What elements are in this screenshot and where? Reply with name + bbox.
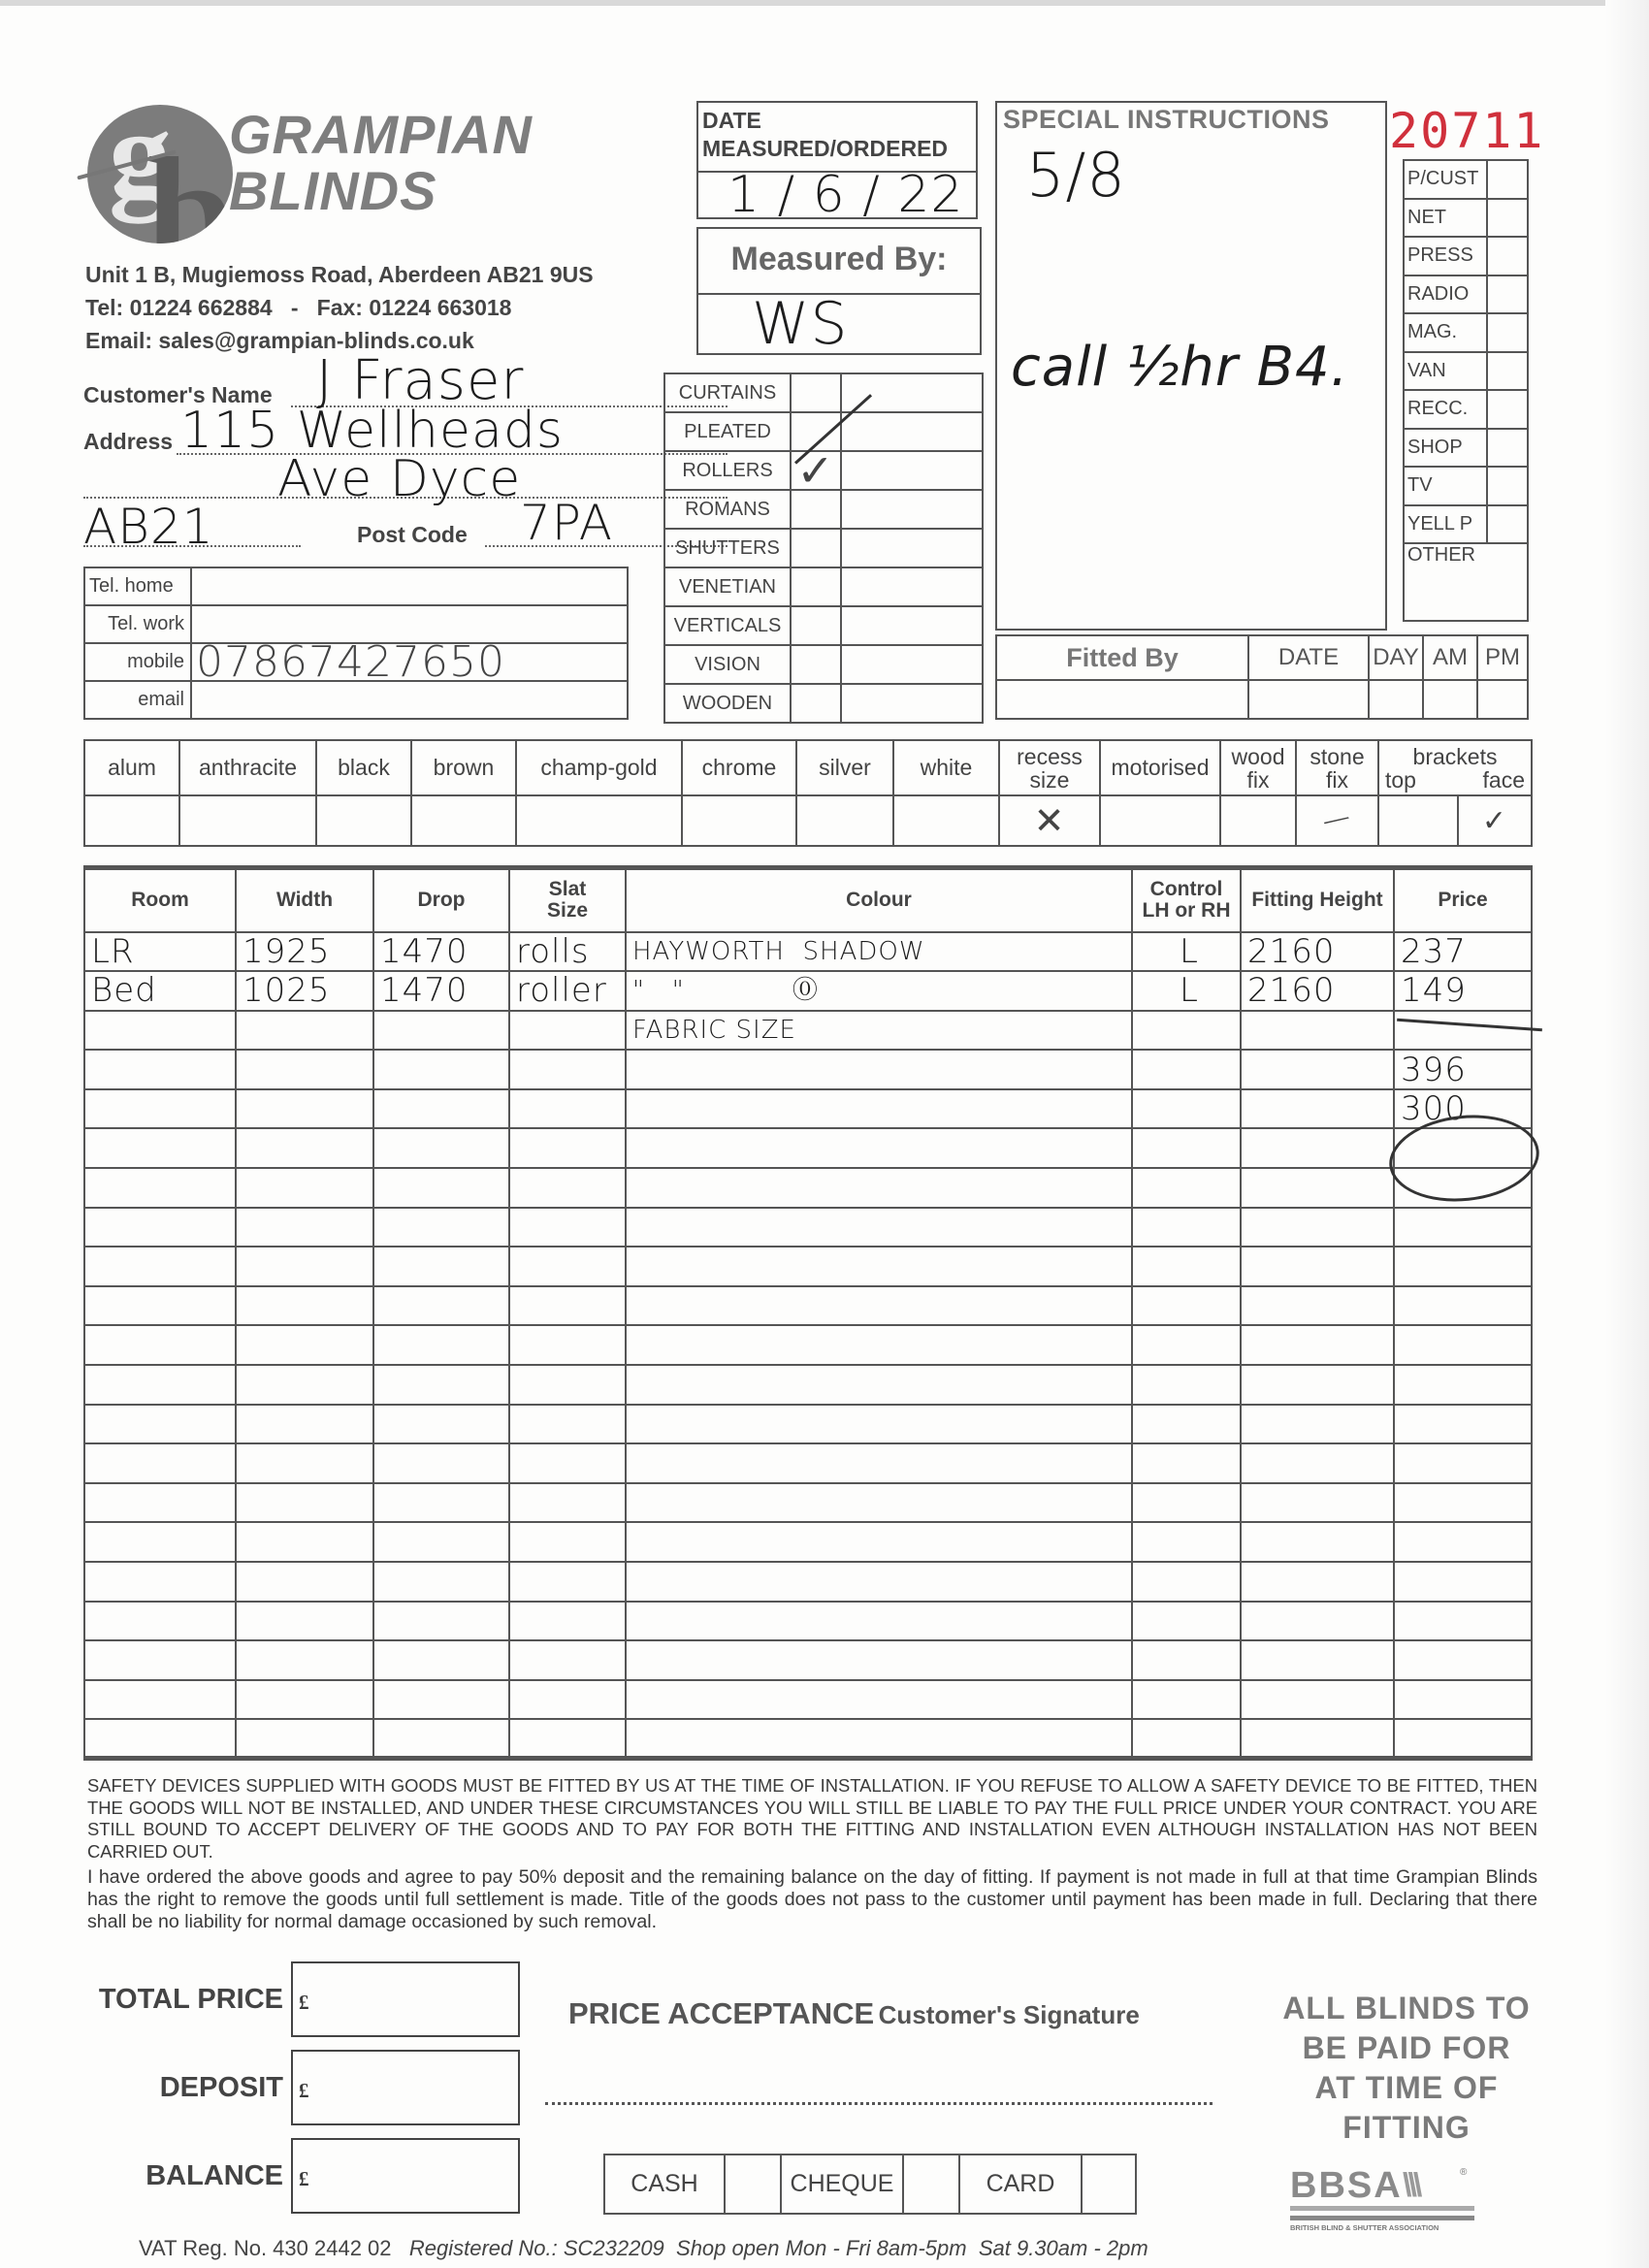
price-cell[interactable]: 396 [1394,1050,1532,1089]
blind-type-checkbox[interactable] [791,373,841,412]
control-cell[interactable] [1132,1050,1241,1089]
drop-cell[interactable] [373,1050,509,1089]
colour-cell[interactable] [626,1168,1132,1208]
tel-home-field[interactable] [191,567,628,605]
blind-type-checkbox[interactable] [791,567,841,606]
room-cell[interactable]: Bed [84,971,236,1011]
control-label: Control [1133,879,1240,900]
colour-cell[interactable] [626,1286,1132,1326]
postcode-label: Post Code [357,522,468,548]
contact-row: email [84,681,628,719]
fitting-height-cell[interactable] [1241,1602,1394,1641]
fitting-height-cell[interactable]: 2160 [1241,971,1394,1011]
customer-address-label: Address [83,429,173,455]
col-width: Width [236,868,373,932]
finish-brown-checkbox[interactable] [411,795,516,846]
blind-type-checkbox[interactable] [791,645,841,684]
control-cell[interactable]: L [1132,932,1241,972]
colour-cell[interactable] [626,1680,1132,1720]
blind-type-row: VENETIAN [664,567,983,606]
fitted-pm-label: PM [1477,635,1528,680]
control-cell[interactable] [1132,1168,1241,1208]
bracket-top-checkbox[interactable] [1378,795,1458,846]
blind-type-wooden: WOODEN [664,684,791,723]
colour-cell[interactable] [626,1443,1132,1483]
room-cell[interactable] [84,1483,236,1523]
room-cell[interactable] [84,1286,236,1326]
control-cell[interactable] [1132,1719,1241,1759]
width-cell[interactable]: 1925 [236,932,373,972]
control-cell[interactable] [1132,1365,1241,1405]
table-row [84,1325,1532,1365]
room-cell[interactable] [84,1011,236,1051]
price-cell[interactable] [1394,1365,1532,1405]
colour-cell[interactable] [626,1128,1132,1168]
drop-cell[interactable] [373,1168,509,1208]
blind-type-checkbox[interactable] [791,529,841,567]
motorised-checkbox[interactable] [1100,795,1220,846]
colour-cell[interactable] [626,1719,1132,1759]
postcode-field[interactable]: 7PA [520,495,613,551]
fitted-date-field[interactable] [1248,680,1369,719]
finish-alum: alum [84,740,179,795]
table-row [84,1286,1532,1326]
room-cell[interactable] [84,1680,236,1720]
drop-cell[interactable] [373,1286,509,1326]
price-cell[interactable] [1394,1011,1532,1051]
control-cell[interactable] [1132,1640,1241,1680]
fitted-am-label: AM [1423,635,1477,680]
fitting-height-cell[interactable] [1241,1168,1394,1208]
control-cell[interactable] [1132,1443,1241,1483]
address-field-2[interactable]: Ave Dyce [277,450,521,508]
width-cell[interactable] [236,1168,373,1208]
room-cell[interactable] [84,1128,236,1168]
price-cell[interactable] [1394,1247,1532,1286]
drop-cell[interactable] [373,1128,509,1168]
wood-fix-header: woodfix [1220,740,1296,795]
fitting-height-cell[interactable] [1241,1405,1394,1444]
price-cell[interactable] [1394,1286,1532,1326]
fitted-day-field[interactable] [1369,680,1423,719]
size-label: size [1000,768,1099,792]
room-cell[interactable] [84,1719,236,1759]
blind-type-notes[interactable] [841,490,983,529]
blind-type-checkbox-checked[interactable]: ✓ [791,451,841,490]
source-checkbox[interactable] [1487,275,1528,314]
price-cell[interactable] [1394,1640,1532,1680]
brackets-sublabels: topface [1379,768,1531,792]
table-row [84,1522,1532,1562]
colour-cell[interactable] [626,1208,1132,1247]
blind-type-notes[interactable] [841,373,983,412]
source-checkbox[interactable] [1487,237,1528,275]
colour-cell[interactable]: FABRIC SIZE [626,1011,1132,1051]
drop-cell[interactable] [373,1680,509,1720]
room-cell[interactable] [84,1325,236,1365]
width-cell[interactable] [236,1050,373,1089]
blind-type-venetian: VENETIAN [664,567,791,606]
width-cell[interactable]: 1025 [236,971,373,1011]
deposit-row: DEPOSIT £ [80,2050,520,2125]
drop-cell[interactable] [373,1719,509,1759]
fitting-height-cell[interactable] [1241,1208,1394,1247]
blind-type-row: CURTAINS [664,373,983,412]
slat-size-cell[interactable]: rolls [509,932,626,972]
contact-row: mobile07867427650 [84,643,628,681]
colour-cell[interactable] [626,1640,1132,1680]
slat-size-cell[interactable] [509,1680,626,1720]
tel-home-label: Tel. home [84,567,191,605]
fitting-height-cell[interactable] [1241,1011,1394,1051]
source-checkbox[interactable] [1487,352,1528,391]
colour-cell[interactable] [626,1483,1132,1523]
lead-source-table: P/CUST NET PRESS RADIO MAG. VAN RECC. SH… [1403,159,1529,622]
drop-cell[interactable] [373,1562,509,1602]
source-checkbox[interactable] [1487,160,1528,199]
finish-white-checkbox[interactable] [893,795,999,846]
table-row [84,1680,1532,1720]
fitting-height-cell[interactable] [1241,1050,1394,1089]
finish-champ-gold-checkbox[interactable] [516,795,682,846]
source-other[interactable]: OTHER [1404,543,1528,621]
payment-notice: ALL BLINDS TO BE PAID FOR AT TIME OF FIT… [1251,1989,1562,2148]
slat-size-cell[interactable] [509,1325,626,1365]
slat-size-cell[interactable] [509,1128,626,1168]
wood-fix-checkbox[interactable] [1220,795,1296,846]
payment-cheque-checkbox[interactable] [903,2155,959,2214]
finish-anthracite: anthracite [179,740,316,795]
room-cell[interactable] [84,1050,236,1089]
slat-size-cell[interactable] [509,1522,626,1562]
price-cell[interactable]: 149 [1394,971,1532,1011]
payment-cheque-label: CHEQUE [781,2155,903,2214]
payment-card-checkbox[interactable] [1082,2155,1136,2214]
measured-by-label: Measured By: [698,229,980,295]
measured-by-field[interactable]: WS [698,295,980,353]
colour-cell[interactable] [626,1089,1132,1129]
blind-type-notes[interactable] [841,684,983,723]
brand-name: GRAMPIAN BLINDS [229,107,533,219]
fitting-height-cell[interactable] [1241,1522,1394,1562]
control-cell[interactable]: L [1132,971,1241,1011]
email-field[interactable] [191,681,628,719]
fitted-by-table: Fitted By DATE DAY AM PM [995,634,1529,720]
room-cell[interactable] [84,1405,236,1444]
fitting-height-cell[interactable] [1241,1247,1394,1286]
scan-edge [0,0,1649,6]
control-cell[interactable] [1132,1286,1241,1326]
price-cell[interactable] [1394,1325,1532,1365]
colour-cell[interactable] [626,1562,1132,1602]
registered-mark: ® [1460,2167,1467,2178]
price-cell[interactable] [1394,1405,1532,1444]
slat-size-cell[interactable] [509,1365,626,1405]
control-cell[interactable] [1132,1128,1241,1168]
colour-cell[interactable] [626,1247,1132,1286]
balance-label: BALANCE [80,2160,283,2192]
brackets-label: brackets [1379,745,1531,768]
room-cell[interactable] [84,1365,236,1405]
width-cell[interactable] [236,1011,373,1051]
special-instructions-line-2[interactable]: call ½hr B4. [1011,336,1348,399]
fitting-height-cell[interactable] [1241,1089,1394,1129]
blind-type-notes[interactable] [841,606,983,645]
fitting-height-cell[interactable] [1241,1128,1394,1168]
special-instructions-line-1[interactable]: 5/8 [1026,140,1126,211]
fitting-height-cell[interactable] [1241,1325,1394,1365]
control-cell[interactable] [1132,1562,1241,1602]
col-room: Room [84,868,236,932]
colour-cell[interactable]: " " ⓪ [626,971,1132,1011]
finish-chrome-checkbox[interactable] [682,795,796,846]
mobile-label: mobile [84,643,191,681]
control-cell[interactable] [1132,1208,1241,1247]
fitting-height-cell[interactable] [1241,1365,1394,1405]
colour-cell[interactable] [626,1602,1132,1641]
colour-cell[interactable]: HAYWORTH SHADOW [626,932,1132,972]
drop-cell[interactable]: 1470 [373,932,509,972]
blind-type-row: VISION [664,645,983,684]
colour-cell[interactable] [626,1405,1132,1444]
drop-cell[interactable] [373,1089,509,1129]
fitted-date-label: DATE [1248,635,1369,680]
drop-cell[interactable] [373,1602,509,1641]
drop-cell[interactable] [373,1483,509,1523]
fitting-height-cell[interactable] [1241,1640,1394,1680]
balance-field[interactable]: £ [291,2138,520,2214]
width-cell[interactable] [236,1522,373,1562]
room-cell[interactable] [84,1208,236,1247]
control-cell[interactable] [1132,1247,1241,1286]
date-measured-field[interactable]: 1 / 6 / 22 [698,173,976,217]
width-cell[interactable] [236,1680,373,1720]
price-cell[interactable] [1394,1208,1532,1247]
control-cell[interactable] [1132,1602,1241,1641]
control-cell[interactable] [1132,1325,1241,1365]
notice-line-4: FITTING [1251,2108,1562,2148]
finish-anthracite-checkbox[interactable] [179,795,316,846]
width-cell[interactable] [236,1640,373,1680]
room-cell[interactable]: LR [84,932,236,972]
slat-size-cell[interactable] [509,1089,626,1129]
control-cell[interactable] [1132,1011,1241,1051]
slat-size-cell[interactable]: roller [509,971,626,1011]
table-row: 300 [84,1089,1532,1129]
source-checkbox[interactable] [1487,429,1528,468]
room-cell[interactable] [84,1640,236,1680]
drop-cell[interactable] [373,1640,509,1680]
size-label: Size [510,900,625,922]
drop-cell[interactable] [373,1208,509,1247]
finish-brown: brown [411,740,516,795]
fitted-am-checkbox[interactable] [1423,680,1477,719]
customer-signature-field[interactable] [545,2095,1212,2105]
finish-alum-checkbox[interactable] [84,795,179,846]
recess-size-checkbox[interactable]: ✕ [999,795,1100,846]
finish-chrome: chrome [682,740,796,795]
slat-size-cell[interactable] [509,1050,626,1089]
control-cell[interactable] [1132,1522,1241,1562]
blind-type-notes[interactable] [841,645,983,684]
date-measured-header: DATE MEASURED/ORDERED [698,103,976,173]
price-cell[interactable] [1394,1562,1532,1602]
slat-size-cell[interactable] [509,1719,626,1759]
width-cell[interactable] [236,1443,373,1483]
room-cell[interactable] [84,1602,236,1641]
table-row: FABRIC SIZE [84,1011,1532,1051]
payment-cash-checkbox[interactable] [725,2155,781,2214]
drop-cell[interactable] [373,1522,509,1562]
drop-cell[interactable] [373,1247,509,1286]
payment-method-table: CASH CHEQUE CARD [603,2154,1137,2215]
drop-cell[interactable] [373,1325,509,1365]
control-cell[interactable] [1132,1483,1241,1523]
drop-cell[interactable]: 1470 [373,971,509,1011]
drop-cell[interactable] [373,1365,509,1405]
room-cell[interactable] [84,1247,236,1286]
company-phone: Tel: 01224 662884 - Fax: 01224 663018 [85,291,594,324]
wood-label: wood [1221,745,1295,768]
width-cell[interactable] [236,1483,373,1523]
price-cell[interactable] [1394,1522,1532,1562]
drop-cell[interactable] [373,1405,509,1444]
room-cell[interactable] [84,1522,236,1562]
width-cell[interactable] [236,1286,373,1326]
width-cell[interactable] [236,1208,373,1247]
finish-silver-checkbox[interactable] [796,795,893,846]
col-control: ControlLH or RH [1132,868,1241,932]
fitting-height-cell[interactable] [1241,1562,1394,1602]
fitting-height-cell[interactable] [1241,1680,1394,1720]
blind-type-row: ROLLERS✓ [664,451,983,490]
blind-type-checkbox[interactable] [791,606,841,645]
width-cell[interactable] [236,1128,373,1168]
deposit-field[interactable]: £ [291,2050,520,2125]
table-row [84,1168,1532,1208]
fitting-height-cell[interactable]: 2160 [1241,932,1394,972]
blind-type-verticals: VERTICALS [664,606,791,645]
room-cell[interactable] [84,1168,236,1208]
source-checkbox[interactable] [1487,313,1528,352]
slat-size-cell[interactable] [509,1247,626,1286]
slat-size-cell[interactable] [509,1640,626,1680]
width-cell[interactable] [236,1325,373,1365]
slat-size-cell[interactable] [509,1602,626,1641]
width-cell[interactable] [236,1562,373,1602]
fitted-pm-checkbox[interactable] [1477,680,1528,719]
fitting-height-cell[interactable] [1241,1719,1394,1759]
blind-type-notes[interactable] [841,451,983,490]
blind-type-notes[interactable] [841,567,983,606]
lh-rh-label: LH or RH [1133,900,1240,922]
source-checkbox[interactable] [1487,199,1528,238]
width-cell[interactable] [236,1247,373,1286]
drop-cell[interactable] [373,1443,509,1483]
blind-type-row: WOODEN [664,684,983,723]
slat-size-cell[interactable] [509,1483,626,1523]
total-price-field[interactable]: £ [291,1961,520,2037]
source-yellow-pages: YELL P [1404,505,1487,544]
blind-type-notes[interactable] [841,412,983,451]
notice-line-3: AT TIME OF [1251,2068,1562,2108]
blind-type-notes[interactable] [841,529,983,567]
fitted-by-field[interactable] [996,680,1248,719]
motorised-header: motorised [1100,740,1220,795]
slat-size-cell[interactable] [509,1405,626,1444]
fitting-height-cell[interactable] [1241,1443,1394,1483]
width-cell[interactable] [236,1365,373,1405]
bbsa-bar-2 [1290,2216,1474,2220]
source-checkbox[interactable] [1487,390,1528,429]
width-cell[interactable] [236,1089,373,1129]
slat-size-cell[interactable] [509,1286,626,1326]
source-checkbox[interactable] [1487,505,1528,544]
price-cell[interactable]: 237 [1394,932,1532,972]
colour-cell[interactable] [626,1522,1132,1562]
control-cell[interactable] [1132,1089,1241,1129]
slat-size-cell[interactable] [509,1168,626,1208]
room-cell[interactable] [84,1562,236,1602]
customer-signature-label: Customer's Signature [879,2000,1140,2029]
bracket-face-checkbox[interactable]: ✓ [1458,795,1532,846]
drop-cell[interactable] [373,1011,509,1051]
total-price-row: TOTAL PRICE £ [80,1961,520,2037]
order-table-header: Room Width Drop SlatSize Colour ControlL… [84,868,1532,932]
control-cell[interactable] [1132,1680,1241,1720]
price-cell[interactable] [1394,1443,1532,1483]
slat-size-cell[interactable] [509,1562,626,1602]
width-cell[interactable] [236,1405,373,1444]
bracket-top-label: top [1385,768,1416,792]
fitting-height-cell[interactable] [1241,1286,1394,1326]
deposit-label: DEPOSIT [80,2072,283,2104]
slat-size-cell[interactable] [509,1443,626,1483]
width-cell[interactable] [236,1602,373,1641]
company-logo: g b [87,105,233,243]
finish-black: black [316,740,411,795]
payment-card-label: CARD [959,2155,1082,2214]
source-checkbox[interactable] [1487,467,1528,505]
width-cell[interactable] [236,1719,373,1759]
bracket-face-label: face [1483,768,1525,792]
price-cell[interactable] [1394,1719,1532,1759]
mobile-field[interactable]: 07867427650 [191,643,628,681]
control-cell[interactable] [1132,1405,1241,1444]
blind-type-romans: ROMANS [664,490,791,529]
slat-size-cell[interactable] [509,1208,626,1247]
fitting-height-cell[interactable] [1241,1483,1394,1523]
colour-cell[interactable] [626,1050,1132,1089]
finish-black-checkbox[interactable] [316,795,411,846]
slat-size-cell[interactable] [509,1011,626,1051]
total-price-label: TOTAL PRICE [80,1984,283,2016]
room-cell[interactable] [84,1089,236,1129]
table-row [84,1562,1532,1602]
source-tv: TV [1404,467,1487,505]
contact-row: Tel. home [84,567,628,605]
colour-cell[interactable] [626,1365,1132,1405]
table-row [84,1483,1532,1523]
colour-cell[interactable] [626,1325,1132,1365]
price-cell[interactable] [1394,1602,1532,1641]
blind-type-checkbox[interactable] [791,684,841,723]
room-cell[interactable] [84,1443,236,1483]
price-cell[interactable] [1394,1680,1532,1720]
source-radio: RADIO [1404,275,1487,314]
price-cell[interactable] [1394,1483,1532,1523]
blind-type-row: VERTICALS [664,606,983,645]
